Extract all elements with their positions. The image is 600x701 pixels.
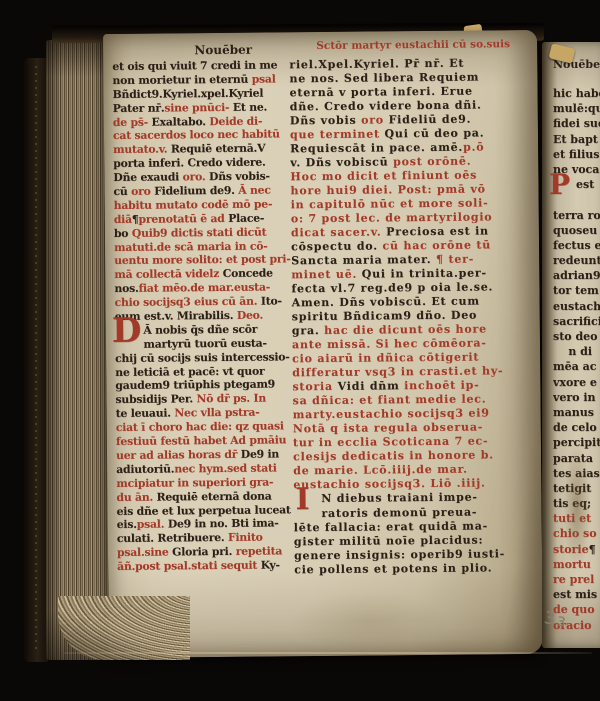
running-header-month: Nouēber <box>158 42 288 57</box>
rubric-text: de ps̄- <box>113 115 152 128</box>
rubric-text: repetita <box>236 545 283 558</box>
body-text: mulē:qu <box>553 102 600 115</box>
rubric-text: ciat ī choro hac die: qz quasi <box>116 420 284 435</box>
rubric-text: oro <box>361 113 389 126</box>
text-line: fectus e <box>553 238 600 253</box>
rubric-text: fiat mēo.de mar.eusta- <box>138 281 270 295</box>
rubric-text: uentu more solito: et post pri- <box>114 253 290 268</box>
running-header-feast: Sctōr martyr eustachii cū so.suis <box>293 38 533 52</box>
body-text: Qui cū deo pa. <box>384 127 484 141</box>
rubric-text: cat sacerdos loco nec habitū <box>113 128 280 143</box>
body-text: Vidi dn̄m <box>338 380 405 394</box>
rubric-text: psal <box>252 72 276 85</box>
drop-cap-initial-p: P <box>549 172 570 198</box>
facing-page-stain <box>564 442 590 572</box>
text-line: vero in <box>553 390 600 405</box>
text-line: sto deo <box>553 329 600 344</box>
text-line: manus <box>553 405 600 420</box>
body-text: est mis <box>553 588 597 601</box>
rubric-text: dicat sacer.v. <box>291 226 386 240</box>
body-text: ratoris demonū preua- <box>294 505 478 520</box>
body-text: chij cū socijs suis intercessio- <box>115 350 290 365</box>
rubric-text: hore hui9 diei. Post: pmā vō <box>290 183 485 198</box>
body-text: Exaltabo. <box>151 115 209 129</box>
body-text: n di <box>553 345 592 358</box>
text-line: chij cū socijs suis intercessio- <box>115 350 296 366</box>
text-line: eis.psal. De9 in no. Bti ima- <box>117 517 298 533</box>
body-text: et filius ( <box>553 148 600 161</box>
body-text: eis. <box>117 518 137 531</box>
rubric-text: sine pnūci- <box>164 101 233 115</box>
rubric-text: p.ō <box>463 141 484 154</box>
rubric-text: eustachio socijsq3. Liō .iiij. <box>293 477 485 492</box>
rubric-text: inchoēt ip- <box>404 379 479 393</box>
body-text: Place- <box>228 211 264 224</box>
text-line: et filius ( <box>553 147 600 162</box>
text-line: differatur vsq3 in crasti.et hy- <box>292 364 540 380</box>
text-line: sacrifici <box>553 314 600 329</box>
right-page-edge: Nouēbe hic habemulē:qufidei sueEt baptet… <box>542 42 600 648</box>
text-line: redeunt <box>553 253 600 268</box>
body-text: te leuaui. <box>116 407 175 421</box>
rubric-text: psal.sine <box>117 546 172 560</box>
body-text: Fidelium de9. <box>154 184 238 198</box>
text-line: gaudem9 triūphis ptegam9 <box>115 378 296 394</box>
body-text: genere insignis: operib9 iusti- <box>294 547 505 562</box>
text-line: habitu mutato codē mō pe- <box>114 197 295 213</box>
binding-highlight <box>64 652 592 654</box>
rubric-text: mutato.v. <box>113 143 171 157</box>
drop-cap-initial-d: D <box>112 317 142 345</box>
text-line: eustachi <box>553 299 600 314</box>
body-text: manus <box>553 406 594 419</box>
rubric-text: Ā nec <box>238 184 271 197</box>
body-text: riel.Xpel.Kyriel. Pr̄ nr̄. Et <box>289 57 464 72</box>
text-line: fidei sue <box>553 116 600 131</box>
body-text: ne nos. Sed libera Requiem <box>289 71 479 86</box>
rubric-text: que terminet <box>290 127 385 141</box>
pencil-annotation: 3з <box>542 608 569 632</box>
text-line: non morietur in eternū psal <box>112 72 293 88</box>
text-line: āñ.post psal.stati sequit Ky- <box>117 558 298 574</box>
rubric-text: Notā q ista regula obserua- <box>293 421 483 436</box>
body-text: gra. <box>292 324 324 337</box>
rubric-text: differatur vsq3 in crasti.et hy- <box>292 365 503 380</box>
rubric-text: mcipiatur in superiori gra- <box>116 475 273 490</box>
body-text: de celo <box>553 421 597 434</box>
body-text: Pater nr̄. <box>113 101 165 114</box>
book-bottom-binding <box>60 650 600 674</box>
body-text: Ito- <box>261 295 282 308</box>
text-line: terra ro <box>553 208 600 223</box>
rubric-text: prenotatū ē ad <box>138 212 228 226</box>
body-text: Et ne. <box>233 100 267 113</box>
body-text: Requiē eternā.V <box>171 142 265 156</box>
rubric-text: diā <box>114 213 132 226</box>
text-line: genere insignis: operib9 iusti- <box>294 546 542 562</box>
body-text: fecta vl.7 reg.de9 p oia le.se. <box>291 281 493 296</box>
body-text: et ois qui viuit 7 credi in me <box>112 58 277 73</box>
text-line: tor tem <box>553 283 600 298</box>
rubric-text: āñ.post psal.stati sequit <box>117 559 261 573</box>
body-text: bo <box>114 227 132 240</box>
page-stain <box>288 591 449 653</box>
body-text: eustachi <box>553 300 600 313</box>
body-text: Preciosa est in <box>386 225 489 239</box>
rubric-text: festiuū festū habet Ad pmāiu <box>116 433 286 448</box>
body-text: dñe. Credo videre bona dñi. <box>290 99 482 114</box>
rubric-text: hac die dicunt oēs hore <box>324 323 487 338</box>
rubric-text: in capitulō nūc et more soli- <box>291 197 489 212</box>
body-text: vero in <box>553 391 596 404</box>
text-line: cat sacerdos loco nec habitū <box>113 128 294 144</box>
text-line: hic habe <box>553 86 600 101</box>
body-text: non morietur in eternū <box>112 73 251 87</box>
rubric-text: minet uē. <box>291 268 362 282</box>
rubric-text: tur in ecclia Scoticana 7 ec- <box>293 435 489 450</box>
body-text: adrian9 <box>553 269 600 282</box>
text-line: mulē:qu <box>553 101 600 116</box>
body-text: fidei sue <box>553 117 600 130</box>
rubric-text: oro. <box>183 170 210 183</box>
rubric-text: psal. <box>137 518 168 531</box>
body-text: nos. <box>114 282 138 295</box>
rubric-text: ante missā. Si hec cōmēora- <box>292 337 487 352</box>
rubric-text: storia <box>292 380 337 393</box>
body-text: v. Dñs vobiscū <box>290 155 393 169</box>
rubric-text: mā collectā videlz <box>114 267 222 281</box>
body-text: eis dñe et lux perpetua luceat <box>117 503 291 518</box>
rubric-text: de marie. Lcō.iiij.de mar. <box>293 463 468 478</box>
book-cover-edge <box>24 58 48 662</box>
rubric-text: post orōnē. <box>393 155 471 169</box>
body-text: quoseu <box>553 224 597 237</box>
text-line: quoseu <box>553 223 600 238</box>
body-text: Gloria pri. <box>172 545 236 559</box>
text-line: cie pollens et potens in plio. <box>294 560 542 576</box>
body-text: cōspectu do. <box>291 240 383 254</box>
rubric-text: chio socijsq3 eius cū ān. <box>115 295 261 309</box>
body-text: mēa ac <box>553 360 596 373</box>
body-text: porta inferi. Credo videre. <box>113 156 265 170</box>
rubric-text: cio aiarū in dñica cōtigerit <box>292 351 479 366</box>
drop-cap-initial-i: I <box>295 487 309 513</box>
photo-background: Nouēber Sctōr martyr eustachii cū so.sui… <box>0 0 600 701</box>
body-text: eternā v porta inferi. Erue <box>290 85 473 100</box>
rubric-text: Deo. <box>237 309 263 322</box>
rubric-text: oro <box>131 185 154 198</box>
cover-tooling-dots <box>35 66 37 654</box>
rubric-text: Deide di- <box>209 114 262 128</box>
rubric-text: nec hym.sed stati <box>174 461 276 475</box>
body-text: fectus e <box>553 239 600 252</box>
text-line: adrian9 <box>553 268 600 283</box>
text-line: Et bapt <box>553 132 600 147</box>
body-text: sto deo <box>553 330 597 343</box>
rubric-text: clesijs dedicatis in honore b. <box>293 449 494 464</box>
rubric-text: o: 7 post lec. de martyrilogio <box>291 211 493 226</box>
body-text: De9 in <box>241 447 279 460</box>
body-text: Amen. Dñs vobiscū. Et cum <box>292 295 480 310</box>
text-line: vxore e <box>553 375 600 390</box>
left-page: Nouēber Sctōr martyr eustachii cū so.sui… <box>103 30 543 658</box>
body-text: Dñs vobis- <box>209 170 270 184</box>
body-text: subsidijs Per. <box>115 393 196 407</box>
body-text: cie pollens et potens in plio. <box>294 561 492 576</box>
body-text: N diebus traiani impe- <box>293 491 477 506</box>
text-line: chio socijsq3 eius cū ān. Ito- <box>115 294 296 310</box>
body-text: redeunt <box>553 254 600 267</box>
body-text: spiritu Bñdicam9 dño. Deo <box>292 309 478 324</box>
text-line: est mis <box>553 587 600 602</box>
rubric-text: Quib9 dictis stati dicūt <box>132 225 267 239</box>
right-text-column: riel.Xpel.Kyriel. Pr̄ nr̄. Etne nos. Sed… <box>289 56 542 577</box>
body-text: Fideliū de9. <box>388 113 471 127</box>
rubric-text: matuti.de scā maria in cō- <box>114 239 268 253</box>
rubric-text: Finito <box>228 531 263 544</box>
body-text: vxore e <box>553 376 597 389</box>
rubric-text: uer ad alias horas dr̄ <box>116 448 241 462</box>
book-page-block-fore-edge <box>46 40 110 660</box>
body-text: hic habe <box>553 87 600 100</box>
body-text: Concede <box>223 267 273 280</box>
body-text: culati. Retribuere. <box>117 531 228 545</box>
body-text: sacrifici <box>553 315 600 328</box>
body-text: Dñe exaudi <box>113 170 182 184</box>
rubric-text: re prel <box>553 573 594 586</box>
rubric-text: ¶ ter- <box>436 253 474 266</box>
body-text: gaudem9 triūphis ptegam9 <box>115 378 275 393</box>
body-text: Dñs vobis <box>290 114 361 128</box>
body-text: Requiescāt in pace. amē. <box>290 141 463 156</box>
body-text: lēte fallacia: erat quidā ma- <box>294 519 488 534</box>
rubric-text: habitu mutato codē mō pe- <box>114 197 273 212</box>
rubric-text: Hoc mo dicit et finiunt oēs <box>290 169 477 184</box>
body-text: Ky- <box>261 558 280 571</box>
body-text: terra ro <box>553 209 600 222</box>
body-text: Bñdict9.Kyriel.xpel.Kyriel <box>113 86 264 100</box>
rubric-text: du ān. <box>116 490 156 503</box>
rubric-text: Nō dr̄ ps. In <box>196 392 266 406</box>
body-text: Qui in trinita.per- <box>362 267 487 281</box>
body-text: cū <box>113 185 131 198</box>
body-text: tor tem <box>553 284 599 297</box>
body-text: Requiē eternā dona <box>157 489 272 503</box>
rubric-text: sa dñica: et fiant medie lec. <box>292 393 486 408</box>
rubric-text: marty.eustachio socijsq3 ei9 <box>293 407 490 422</box>
text-line: de celo <box>553 420 600 435</box>
rubric-text: Nec vlla pstra- <box>174 406 259 420</box>
body-text: adiutoriū. <box>116 462 174 476</box>
text-line: re prel <box>553 572 600 587</box>
body-text: ne leticiā et pacē: vt quor <box>115 364 264 378</box>
text-line: Pater nr̄.sine pnūci- Et ne. <box>113 100 294 116</box>
body-text: Et bapt <box>553 133 598 146</box>
body-text: Sancta maria mater. <box>291 253 436 267</box>
body-text: gister militū noīe placidus: <box>294 533 484 548</box>
body-text: De9 in no. Bti ima- <box>168 517 279 531</box>
text-line: mēa ac <box>553 359 600 374</box>
text-line: n di <box>553 344 600 359</box>
rubric-text: cū hac orōne tū <box>382 239 491 253</box>
